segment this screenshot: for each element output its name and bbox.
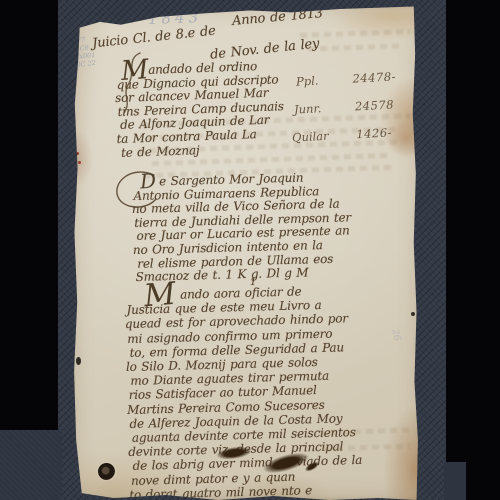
ledger-amount: 1426- <box>356 125 392 141</box>
ledger-amount: 24578 <box>355 97 395 113</box>
ledger-label: Junr. <box>294 101 322 116</box>
foxing-speck <box>78 161 81 164</box>
bleed-through <box>308 43 404 51</box>
photo-of-manuscript: 1843 1771·C6Cx001OC 22 Anno de 1813 Juic… <box>0 0 500 500</box>
punch-hole <box>98 463 115 480</box>
manuscript-paper: 1843 1771·C6Cx001OC 22 Anno de 1813 Juic… <box>72 5 420 500</box>
paragraph-3: ando aora oficiar deJusticia que de este… <box>126 283 367 500</box>
table-surface-corner <box>0 430 62 500</box>
ledger-label: Ppl. <box>296 73 319 88</box>
edge-speck <box>411 312 415 316</box>
ledger-amount: 24478- <box>352 69 396 85</box>
table-surface-corner <box>444 462 466 500</box>
paragraph-2: e Sargento Mor JoaquinAntonio Guimaraens… <box>133 170 364 285</box>
ledger-label: Quilar <box>292 129 329 145</box>
edge-speck <box>76 357 81 365</box>
margin-scribble: 26 <box>389 328 402 342</box>
